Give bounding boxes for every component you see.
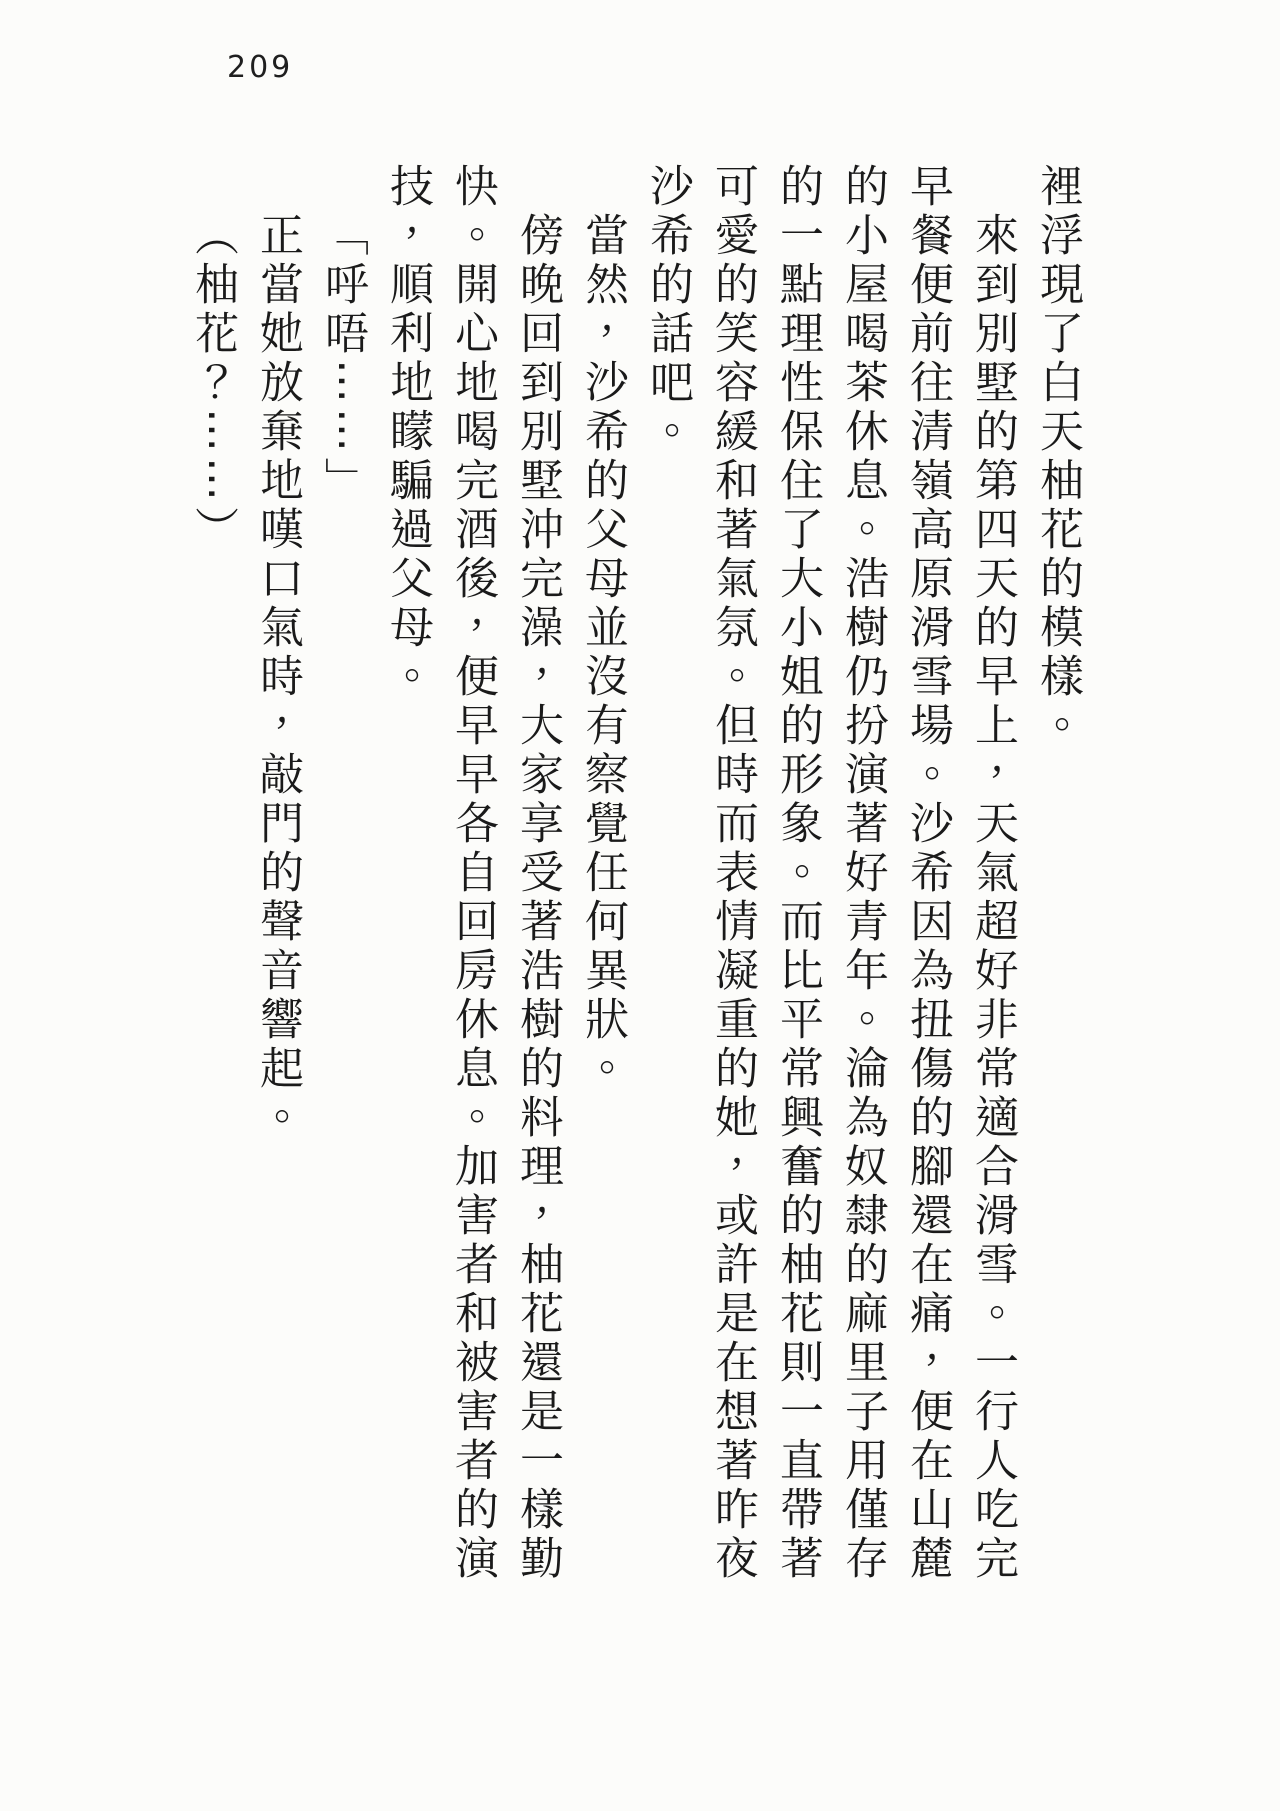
paragraph-6: 正當她放棄地嘆口氣時，敲門的聲音響起。 — [245, 163, 310, 1585]
text-block: 裡浮現了白天柚花的模樣。 來到別墅的第四天的早上，天氣超好非常適合滑雪。一行人吃… — [180, 163, 1090, 1585]
paragraph-3: 當然，沙希的父母並沒有察覺任何異狀。 — [570, 163, 635, 1585]
book-page: 209 裡浮現了白天柚花的模樣。 來到別墅的第四天的早上，天氣超好非常適合滑雪。… — [0, 0, 1280, 1811]
page-number: 209 — [227, 50, 293, 85]
paragraph-1: 裡浮現了白天柚花的模樣。 — [1025, 163, 1090, 1585]
paragraph-5-dialogue: 「呼唔⋯⋯」 — [310, 163, 375, 1585]
paragraph-4: 傍晚回到別墅沖完澡，大家享受著浩樹的料理，柚花還是一樣勤快。開心地喝完酒後，便早… — [375, 163, 570, 1585]
paragraph-2: 來到別墅的第四天的早上，天氣超好非常適合滑雪。一行人吃完早餐便前往清嶺高原滑雪場… — [635, 163, 1025, 1585]
paragraph-7-thought: （柚花？⋯⋯） — [180, 163, 245, 1585]
